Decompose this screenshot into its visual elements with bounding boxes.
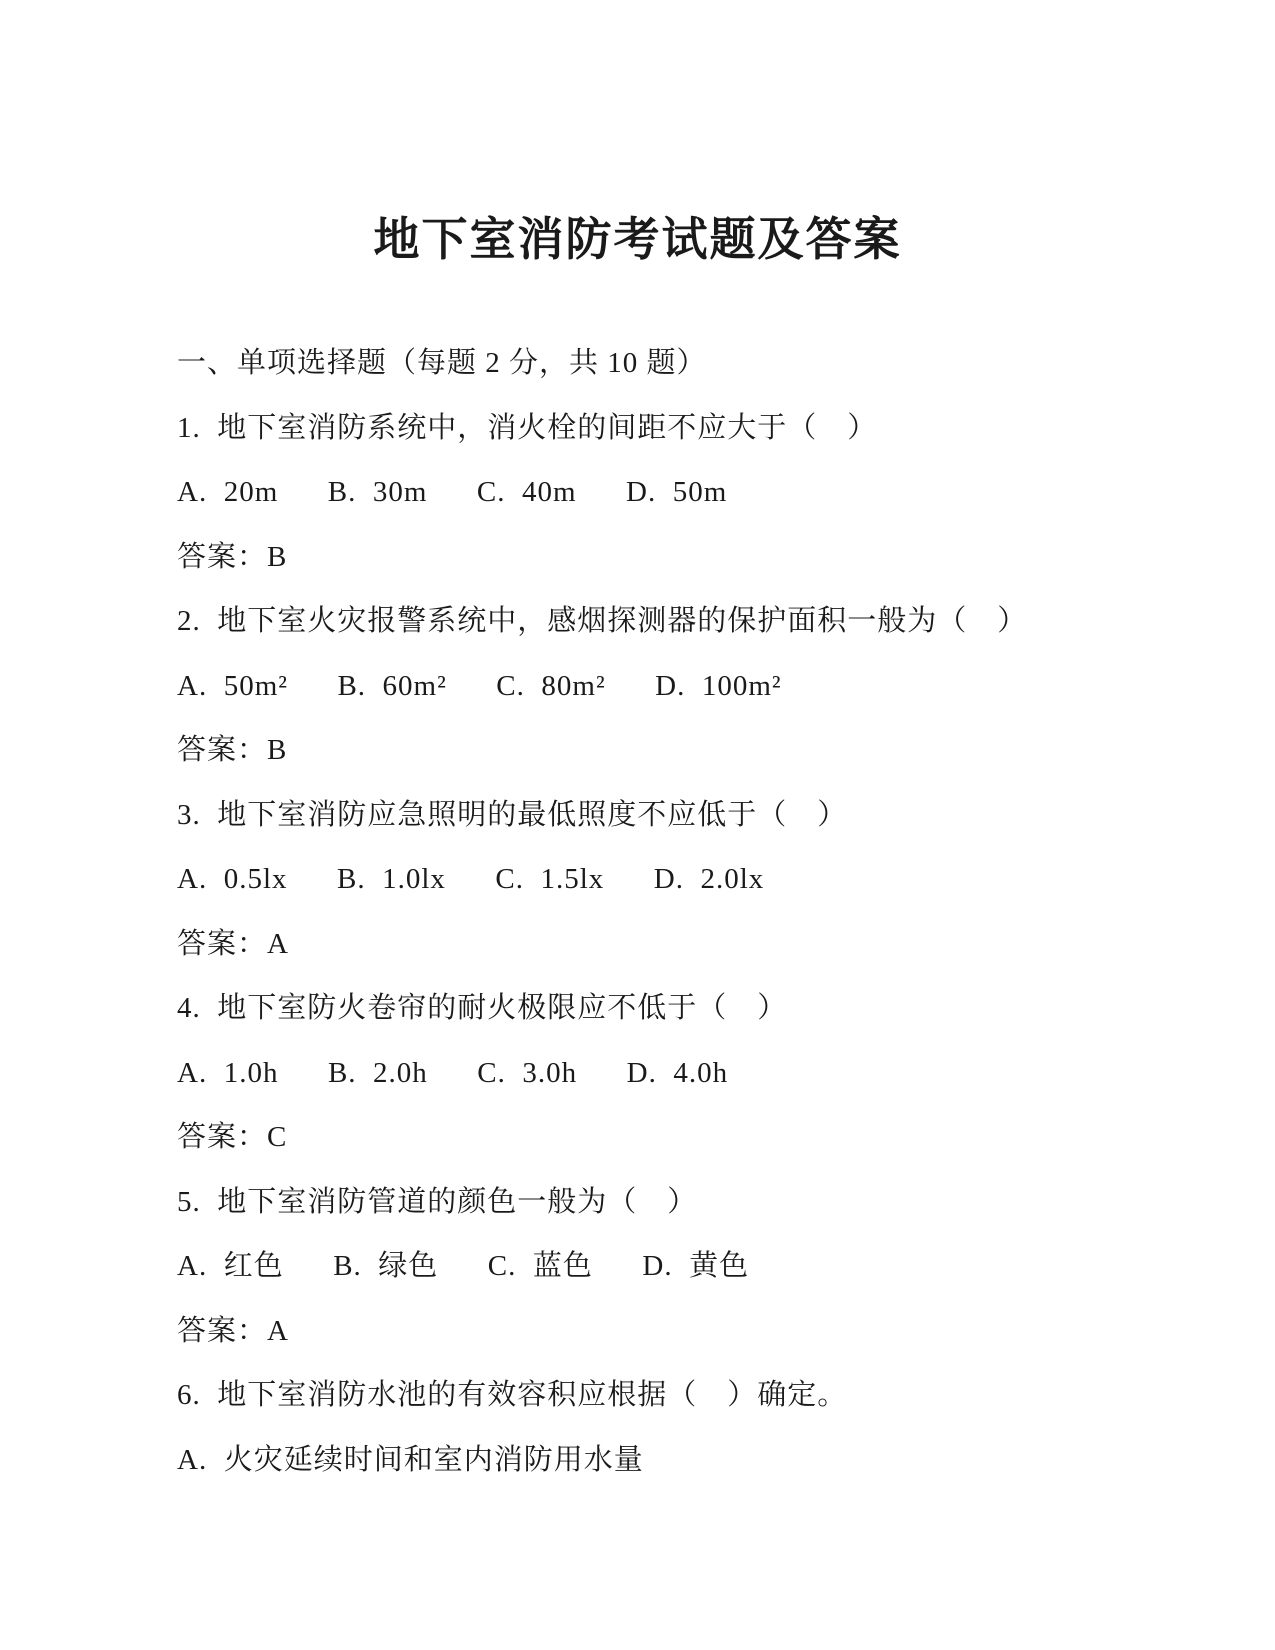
question-2-options: A. 50m² B. 60m² C. 80m² D. 100m² [177,654,1145,719]
question-5-options: A. 红色 B. 绿色 C. 蓝色 D. 黄色 [177,1234,1145,1299]
question-6-options: A. 火灾延续时间和室内消防用水量 [177,1428,1145,1493]
question-4-options: A. 1.0h B. 2.0h C. 3.0h D. 4.0h [177,1041,1145,1106]
question-1-answer: 答案：B [177,525,1145,590]
document-body: 一、单项选择题（每题 2 分，共 10 题） 1. 地下室消防系统中，消火栓的间… [177,331,1145,1492]
question-2-answer: 答案：B [177,718,1145,783]
question-4-stem: 4. 地下室防火卷帘的耐火极限应不低于（ ） [177,976,1145,1041]
question-3-answer: 答案：A [177,912,1145,977]
question-1-options: A. 20m B. 30m C. 40m D. 50m [177,460,1145,525]
question-5-answer: 答案：A [177,1299,1145,1364]
question-2-stem: 2. 地下室火灾报警系统中，感烟探测器的保护面积一般为（ ） [177,589,1145,654]
section-header: 一、单项选择题（每题 2 分，共 10 题） [177,331,1145,396]
question-6-stem: 6. 地下室消防水池的有效容积应根据（ ）确定。 [177,1363,1145,1428]
question-4-answer: 答案：C [177,1105,1145,1170]
question-1-stem: 1. 地下室消防系统中，消火栓的间距不应大于（ ） [177,396,1145,461]
document-title: 地下室消防考试题及答案 [0,0,1275,272]
question-5-stem: 5. 地下室消防管道的颜色一般为（ ） [177,1170,1145,1235]
document-page: 地下室消防考试题及答案 一、单项选择题（每题 2 分，共 10 题） 1. 地下… [0,0,1275,1650]
question-3-options: A. 0.5lx B. 1.0lx C. 1.5lx D. 2.0lx [177,847,1145,912]
question-3-stem: 3. 地下室消防应急照明的最低照度不应低于（ ） [177,783,1145,848]
